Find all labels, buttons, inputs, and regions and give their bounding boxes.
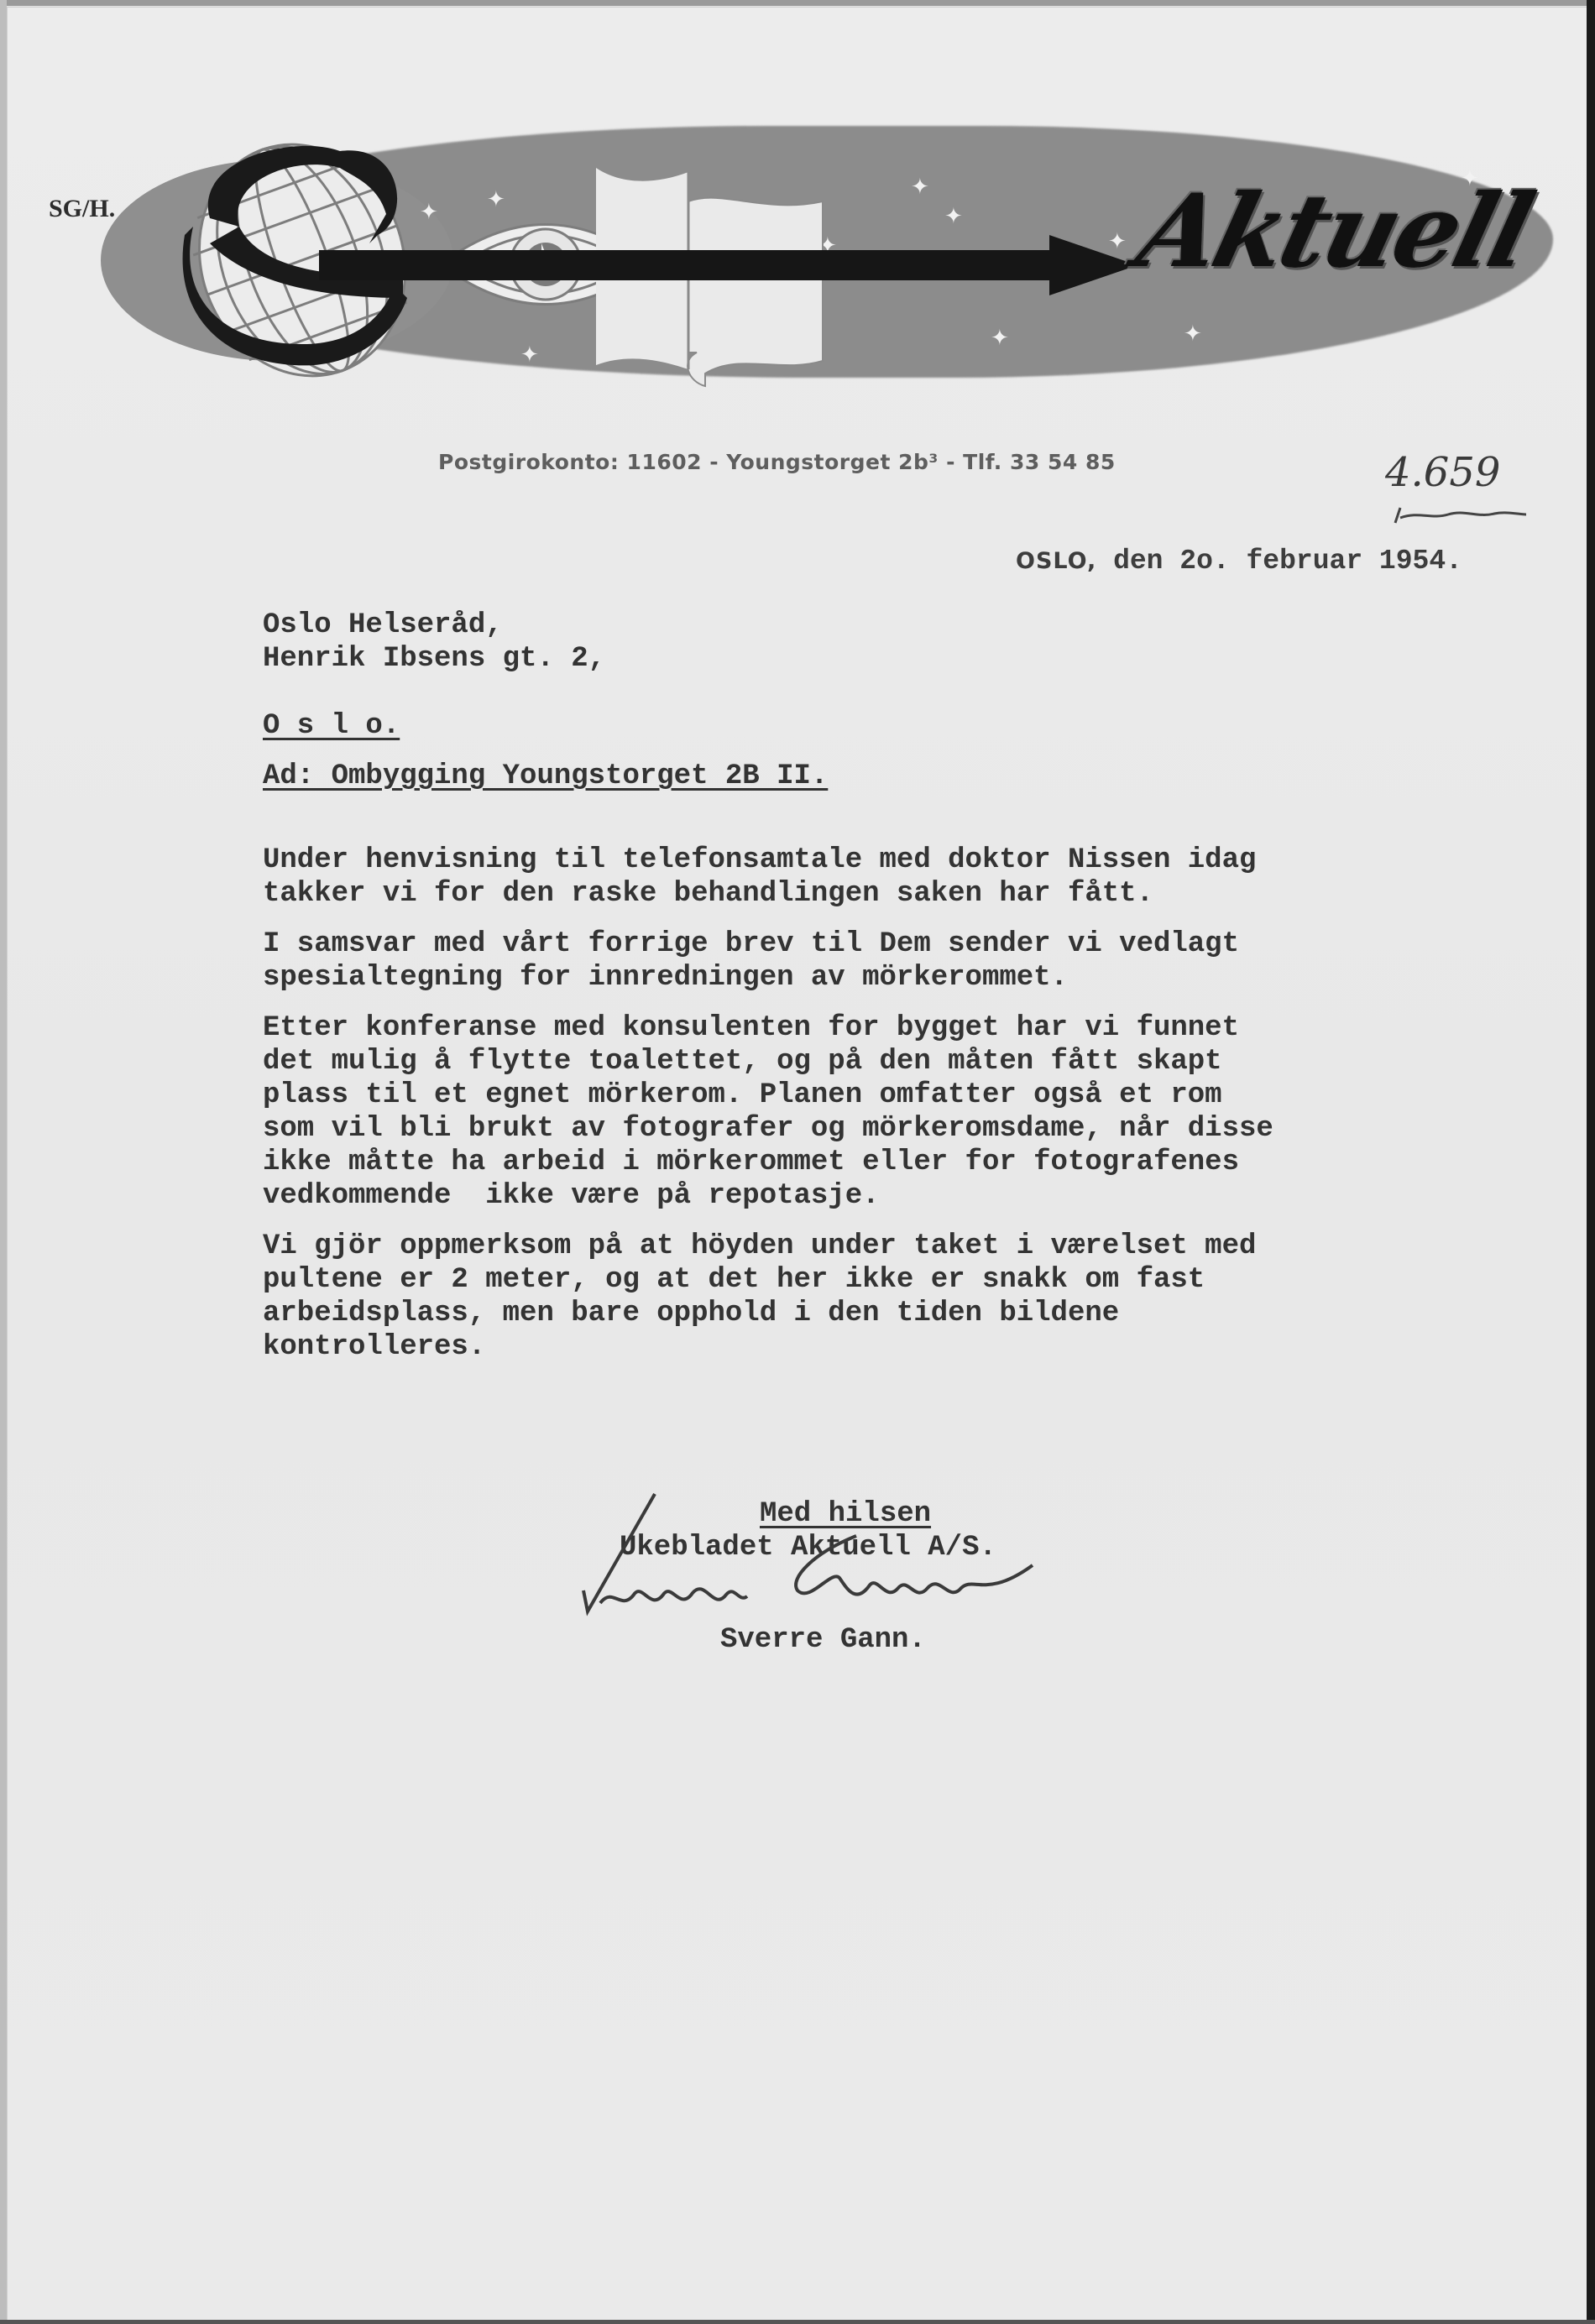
body-paragraph-2-line-2: spesialtegning for innredningen av mörke… (263, 961, 1068, 995)
body-paragraph-1-line-2: takker vi for den raske behandlingen sak… (263, 877, 1153, 911)
body-paragraph-4-line-2: pultene er 2 meter, og at det her ikke e… (263, 1263, 1205, 1297)
contact-line: Postgirokonto: 11602 - Youngstorget 2b³ … (438, 450, 1116, 474)
body-paragraph-2-line-1: I samsvar med vårt forrige brev til Dem … (263, 927, 1239, 961)
body-paragraph-4-line-1: Vi gjör oppmerksom på at höyden under ta… (263, 1230, 1256, 1263)
handwritten-reference-number: 4.659 (1385, 449, 1500, 496)
body-paragraph-4-line-4: kontrolleres. (263, 1330, 485, 1364)
subject-line: Ad: Ombygging Youngstorget 2B II. (263, 760, 828, 793)
body-paragraph-3-line-4: som vil bli brukt av fotografer og mörke… (263, 1112, 1273, 1146)
scan-left-edge (0, 0, 7, 2324)
brand-logo-text: Aktuell (1127, 172, 1541, 290)
star-icon: ✦ (520, 344, 539, 366)
scan-top-edge (0, 0, 1595, 6)
body-paragraph-3-line-3: plass til et egnet mörkerom. Planen omfa… (263, 1078, 1222, 1112)
body-paragraph-3-line-2: det mulig å flytte toalettet, og på den … (263, 1045, 1222, 1078)
date-line: OSLO, den 2o. februar 1954. (1016, 546, 1462, 577)
star-icon: ✦ (991, 327, 1009, 349)
closing-signatory: Sverre Gann. (720, 1624, 926, 1656)
recipient-line-1: Oslo Helseråd, (263, 608, 503, 642)
body-paragraph-1-line-1: Under henvisning til telefonsamtale med … (263, 843, 1256, 877)
arrow-icon (319, 235, 1142, 295)
letterhead: ✦ ✦ ✦ ✦ ✦ ✦ ✦ ✦ ✦ ✦ (67, 92, 1578, 411)
star-icon: ✦ (911, 176, 929, 198)
body-paragraph-3-line-1: Etter konferanse med konsulenten for byg… (263, 1011, 1239, 1045)
reference-initials: SG/H. (49, 195, 115, 223)
body-paragraph-4-line-3: arbeidsplass, men bare opphold i den tid… (263, 1297, 1119, 1330)
body-paragraph-3-line-6: vedkommende ikke være på repotasje. (263, 1179, 880, 1213)
star-icon: ✦ (1184, 323, 1202, 345)
scan-right-edge (1587, 0, 1595, 2324)
scan-bottom-edge (0, 2320, 1595, 2324)
handwritten-underline (1394, 499, 1528, 525)
body-paragraph-3-line-5: ikke måtte ha arbeid i mörkerommet eller… (263, 1146, 1239, 1179)
subject-label: Ad: Ombygging Youngstorget 2B II. (263, 760, 828, 792)
date-text: den 2o. februar 1954. (1113, 546, 1462, 577)
recipient-line-2: Henrik Ibsens gt. 2, (263, 642, 605, 676)
star-icon: ✦ (944, 206, 963, 227)
date-place: OSLO, (1016, 548, 1096, 574)
recipient-city: O s l o. (263, 709, 400, 743)
